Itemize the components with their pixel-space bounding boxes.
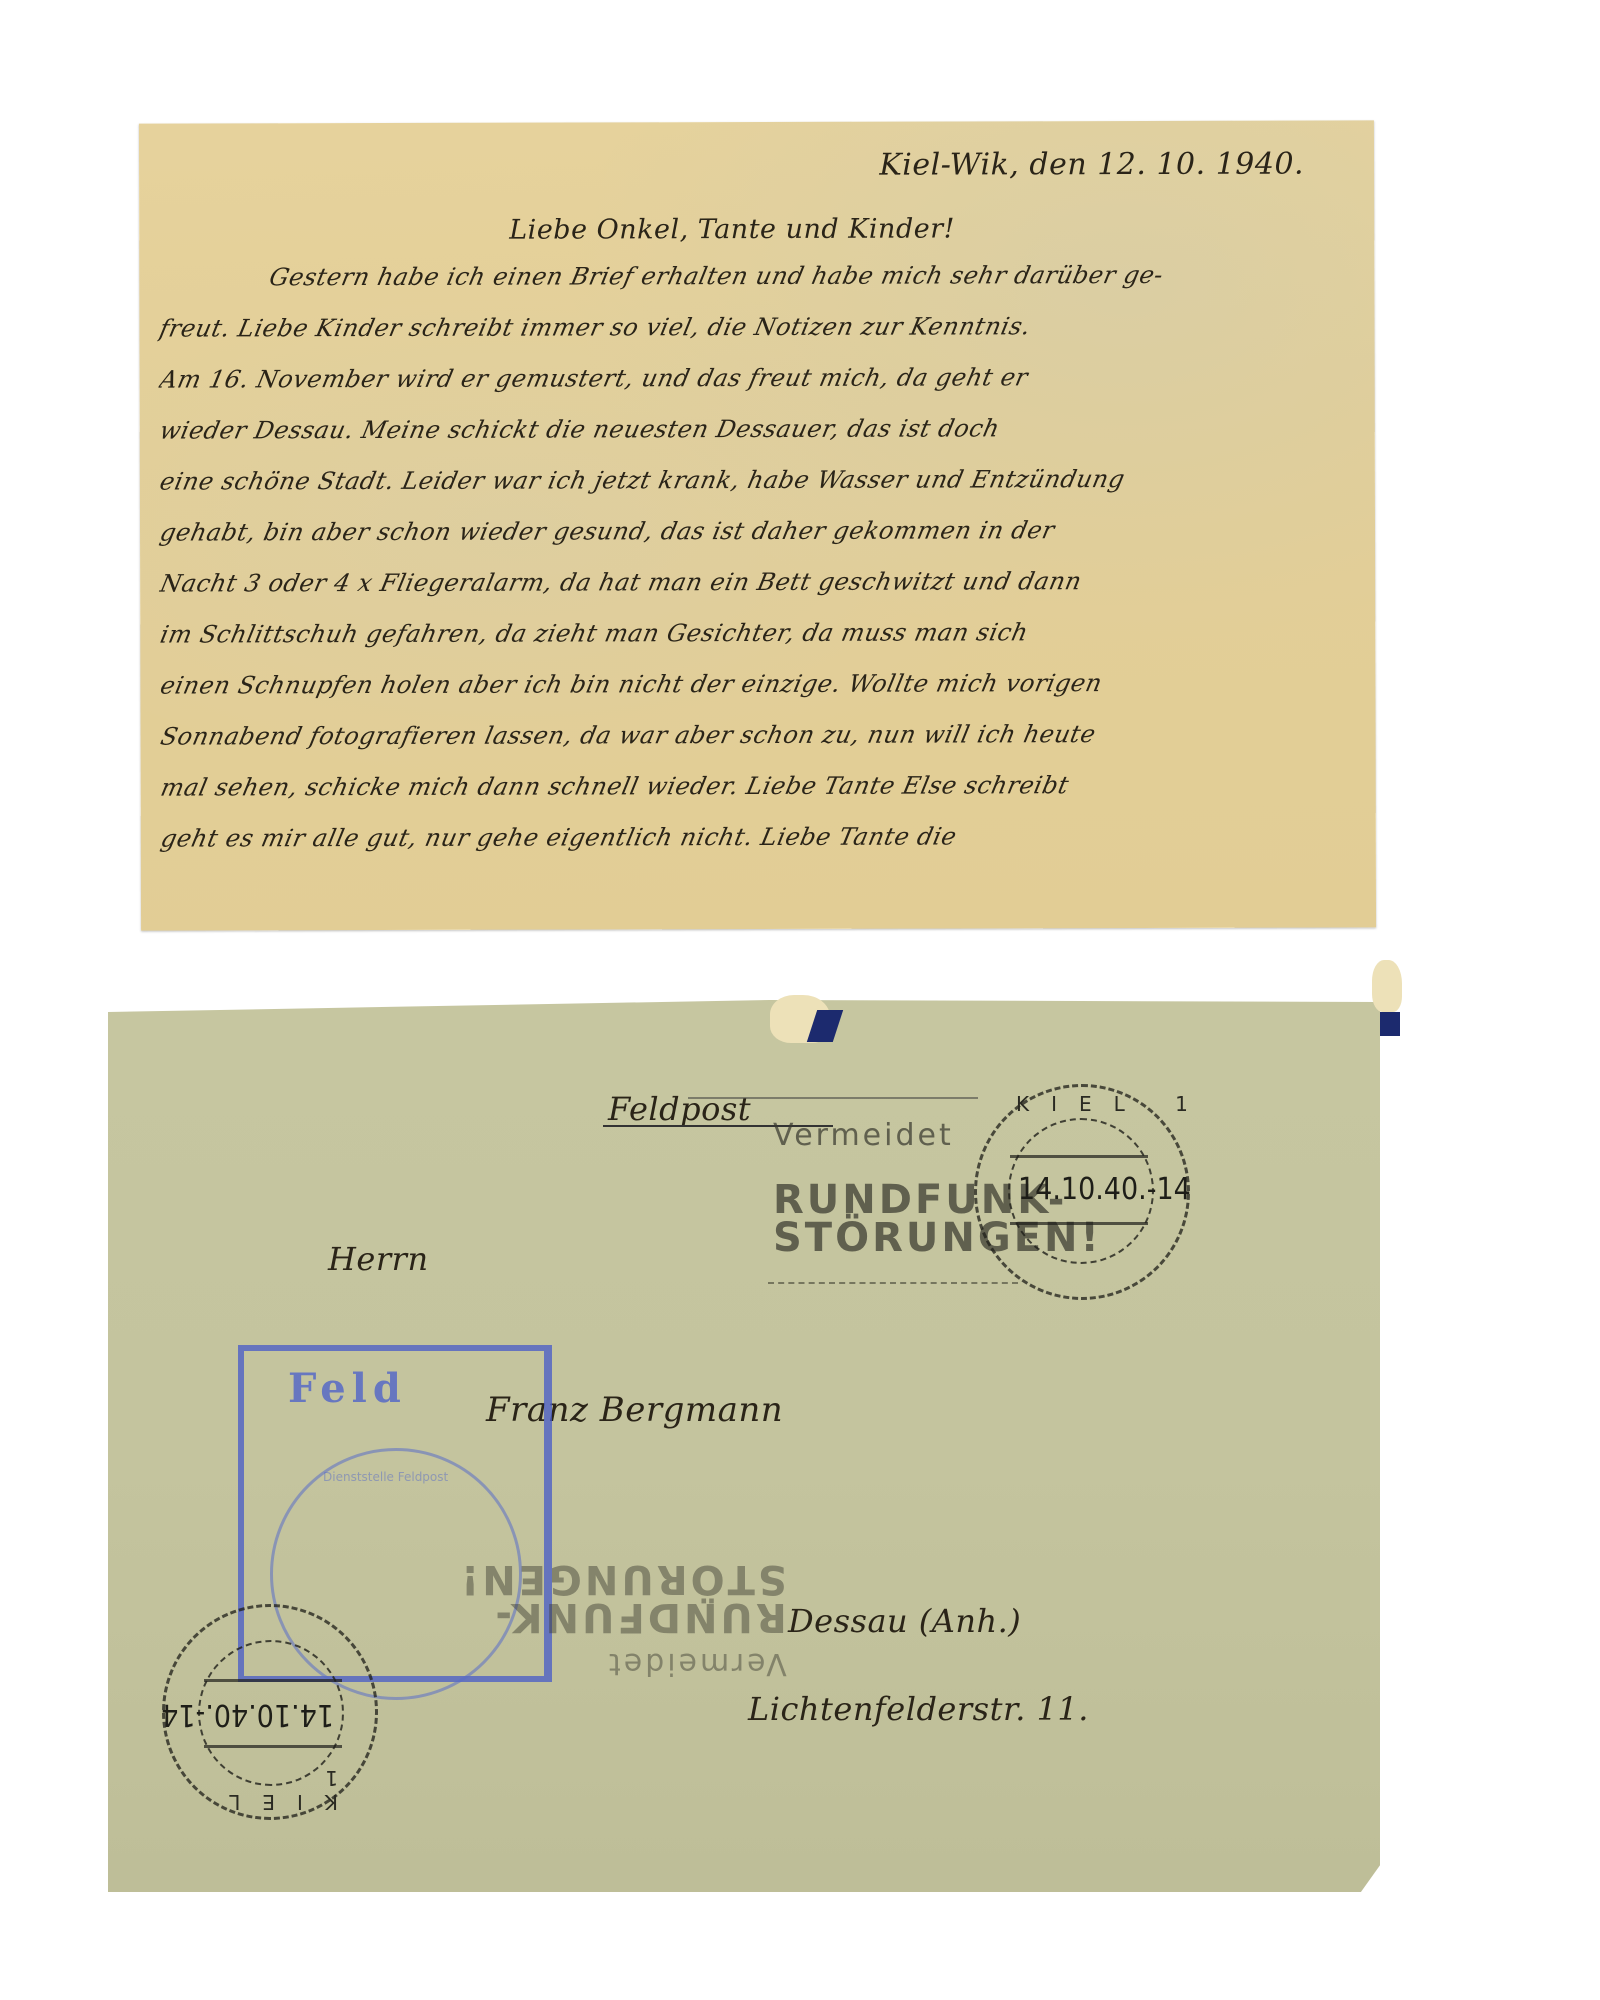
postmark-top-bar	[1010, 1222, 1148, 1225]
postmark-bottom-bar	[204, 1679, 342, 1682]
postmark-bottom-bar	[204, 1745, 342, 1748]
letter-line: Am 16. November wird er gemustert, und d…	[152, 362, 1350, 416]
letter-line: gehabt, bin aber schon wieder gesund, da…	[153, 515, 1351, 569]
letter-line: wieder Dessau. Meine schickt die neueste…	[152, 413, 1350, 467]
letter-dateline: Kiel-Wik, den 12. 10. 1940.	[879, 147, 1304, 183]
handwritten-letter-card: Kiel-Wik, den 12. 10. 1940. Liebe Onkel,…	[139, 120, 1376, 930]
torn-flap-lining	[1380, 1012, 1400, 1036]
slogan-offset-line-3: STÖRUNGEN!	[458, 1560, 787, 1598]
letter-line: mal sehen, schicke mich dann schnell wie…	[153, 770, 1351, 824]
letter-line: geht es mir alle gut, nur gehe eigentlic…	[153, 821, 1351, 875]
letter-line: Nacht 3 oder 4 x Fliegeralarm, da hat ma…	[153, 566, 1351, 620]
address-street: Lichtenfelderstr. 11.	[748, 1690, 1089, 1728]
letter-line: Sonnabend fotografieren lassen, da war a…	[153, 719, 1351, 773]
slogan-bottom-rule	[768, 1282, 1018, 1284]
feldpost-envelope: Feldpost Vermeidet RUNDFUNK- STÖRUNGEN! …	[108, 1000, 1380, 1892]
slogan-top-rule	[688, 1097, 978, 1099]
letter-line: Gestern habe ich einen Brief erhalten un…	[152, 260, 1350, 314]
letter-line: im Schlittschuh gefahren, da zieht man G…	[153, 617, 1351, 671]
postmark-top-date: 14.10.40.-14	[1018, 1172, 1191, 1207]
postmark-top-bar	[1010, 1155, 1148, 1158]
slogan-offset-line-1: Vermeidet	[458, 1646, 787, 1681]
postmark-bottom-date: 14.10.40.-14	[161, 1697, 334, 1732]
letter-line: freut. Liebe Kinder schreibt immer so vi…	[152, 311, 1350, 365]
service-note: Feldpost	[608, 1090, 751, 1128]
letter-line: einen Schnupfen holen aber ich bin nicht…	[153, 668, 1351, 722]
feldpost-stamp-label: Feld	[288, 1365, 407, 1412]
address-salutation: Herrn	[328, 1240, 429, 1278]
letter-salutation: Liebe Onkel, Tante und Kinder!	[509, 213, 955, 245]
torn-flap-piece	[1372, 960, 1402, 1012]
letter-body: Gestern habe ich einen Brief erhalten un…	[157, 260, 1346, 875]
postmark-bottom-city: KIEL 1	[168, 1766, 338, 1814]
letter-line: eine schöne Stadt. Leider war ich jetzt …	[153, 464, 1351, 518]
feldpost-seal-text: Dienststelle Feldpost	[323, 1470, 448, 1484]
postmark-bottom: 14.10.40.-14 KIEL 1	[168, 1610, 378, 1820]
slogan-cancel-offset: Vermeidet RUNDFUNK- STÖRUNGEN!	[458, 1560, 787, 1681]
postmark-top-city: KIEL 1	[1016, 1092, 1210, 1116]
address-city: Dessau (Anh.)	[788, 1602, 1021, 1640]
slogan-offset-line-2: RUNDFUNK-	[458, 1598, 787, 1636]
